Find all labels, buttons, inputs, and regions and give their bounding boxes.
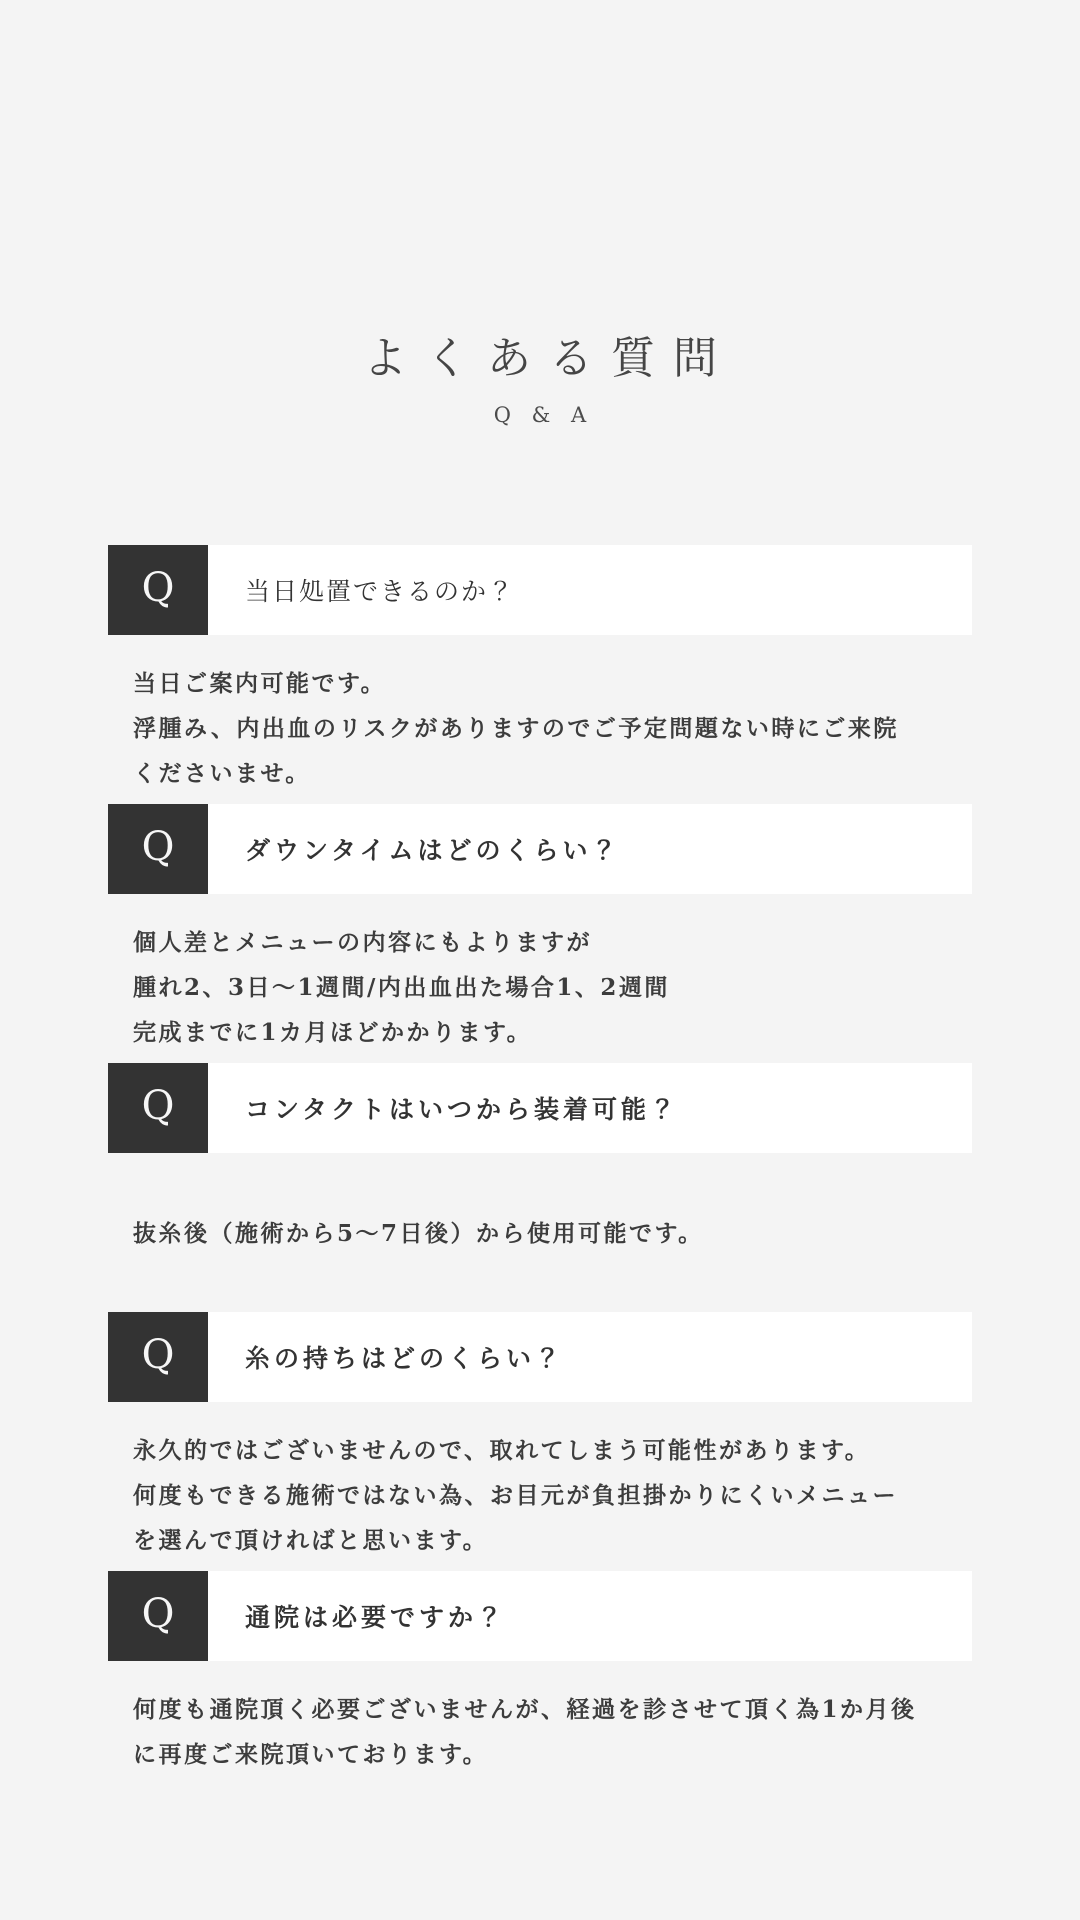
answer-text: 抜糸後（施術から5～7日後）から使用可能です。 <box>108 1153 972 1312</box>
q-badge: Q <box>108 1312 208 1402</box>
faq-item-2: Q ダウンタイムはどのくらい？ 個人差とメニューの内容にもよりますが 腫れ2、3… <box>108 804 972 1063</box>
question-panel: コンタクトはいつから装着可能？ <box>208 1063 972 1153</box>
answer-text: 個人差とメニューの内容にもよりますが 腫れ2、3日～1週間/内出血出た場合1、2… <box>108 894 972 1063</box>
faq-list: Q 当日処置できるのか？ 当日ご案内可能です。 浮腫み、内出血のリスクがあります… <box>108 545 972 1785</box>
faq-item-3: Q コンタクトはいつから装着可能？ 抜糸後（施術から5～7日後）から使用可能です… <box>108 1063 972 1312</box>
q-badge: Q <box>108 1571 208 1661</box>
q-badge: Q <box>108 1063 208 1153</box>
question-bar: Q 当日処置できるのか？ <box>108 545 972 635</box>
question-text: 糸の持ちはどのくらい？ <box>245 1339 564 1375</box>
question-text: コンタクトはいつから装着可能？ <box>245 1090 679 1126</box>
faq-item-5: Q 通院は必要ですか？ 何度も通院頂く必要ございませんが、経過を診させて頂く為1… <box>108 1571 972 1785</box>
question-bar: Q 通院は必要ですか？ <box>108 1571 972 1661</box>
faq-item-4: Q 糸の持ちはどのくらい？ 永久的ではございませんので、取れてしまう可能性があり… <box>108 1312 972 1571</box>
page-subtitle: Q & A <box>0 400 1080 430</box>
question-panel: 当日処置できるのか？ <box>208 545 972 635</box>
question-panel: ダウンタイムはどのくらい？ <box>208 804 972 894</box>
question-text: ダウンタイムはどのくらい？ <box>245 831 621 867</box>
question-panel: 通院は必要ですか？ <box>208 1571 972 1661</box>
question-panel: 糸の持ちはどのくらい？ <box>208 1312 972 1402</box>
page-title: よくある質問 <box>0 330 1080 388</box>
question-text: 通院は必要ですか？ <box>245 1598 506 1634</box>
faq-item-1: Q 当日処置できるのか？ 当日ご案内可能です。 浮腫み、内出血のリスクがあります… <box>108 545 972 804</box>
question-text: 当日処置できるのか？ <box>245 572 515 608</box>
answer-text: 当日ご案内可能です。 浮腫み、内出血のリスクがありますのでご予定問題ない時にご来… <box>108 635 972 804</box>
answer-text: 永久的ではございませんので、取れてしまう可能性があります。 何度もできる施術では… <box>108 1402 972 1571</box>
q-badge: Q <box>108 545 208 635</box>
question-bar: Q ダウンタイムはどのくらい？ <box>108 804 972 894</box>
section-header: よくある質問 Q & A <box>0 0 1080 430</box>
q-badge: Q <box>108 804 208 894</box>
question-bar: Q コンタクトはいつから装着可能？ <box>108 1063 972 1153</box>
answer-text: 何度も通院頂く必要ございませんが、経過を診させて頂く為1か月後 に再度ご来院頂い… <box>108 1661 972 1785</box>
question-bar: Q 糸の持ちはどのくらい？ <box>108 1312 972 1402</box>
faq-page: よくある質問 Q & A Q 当日処置できるのか？ 当日ご案内可能です。 浮腫み… <box>0 0 1080 1920</box>
